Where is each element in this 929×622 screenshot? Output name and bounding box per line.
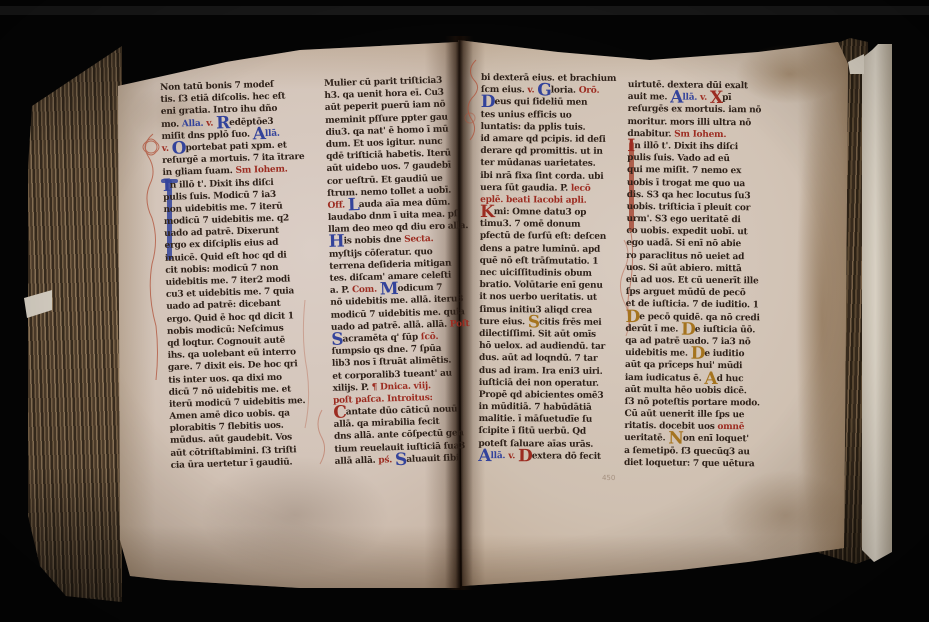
rubric-text: Poſt bbox=[450, 319, 470, 330]
manuscript-text: Alla. bbox=[182, 118, 207, 129]
manuscript-text-line: Kmi: Omne datu3 op bbox=[480, 206, 624, 219]
manuscript-text: allā allā. bbox=[335, 455, 379, 466]
manuscript-text: llā. bbox=[682, 93, 700, 103]
manuscript-text: d huc bbox=[717, 373, 744, 383]
manuscript-text: id amare qd pcipis. id deſi bbox=[480, 134, 605, 145]
manuscript-text-line: et de iuſticia. 7 de iuditio. 1 bbox=[626, 298, 768, 312]
manuscript-text: pulis ſuis. Vado ad eū bbox=[627, 153, 730, 164]
manuscript-text: dis. S3 qa hec locutus ſu3 bbox=[627, 190, 751, 201]
manuscript-text: uidebitis me. bbox=[625, 348, 691, 359]
manuscript-text-line: timu3. 7 omē donum bbox=[480, 218, 624, 231]
manuscript-text-line: iuſticiā dei non operatur. bbox=[479, 377, 623, 390]
left-fore-edge-page-stack bbox=[26, 46, 122, 606]
rubric-text: v. bbox=[700, 93, 710, 103]
manuscript-text: xilijs. P. bbox=[333, 382, 372, 393]
manuscript-text: poteſt ſaluare aīas urās. bbox=[478, 439, 593, 450]
right-page-guard bbox=[862, 44, 892, 562]
manuscript-text-line: poteſt ſaluare aīas urās. bbox=[478, 438, 622, 451]
manuscript-text-line: luntatis: da pplis tuis. bbox=[481, 121, 625, 134]
manuscript-text: ueritatē. bbox=[624, 433, 668, 443]
manuscript-text: odicum 7 bbox=[397, 283, 442, 294]
manuscript-text-line: iam iudicatus ē. Ad huc bbox=[625, 371, 767, 385]
manuscript-text: aūt multa hēo uobis dicē. bbox=[625, 385, 747, 396]
manuscript-text: et de iuſticia. 7 de iuditio. 1 bbox=[626, 299, 759, 310]
manuscript-text: uirtutē. dextera dūi exalt bbox=[628, 80, 748, 91]
manuscript-text-line: hō uelox. ad audiendū. tar bbox=[479, 340, 623, 353]
manuscript-text: e pecō quidē. qa nō credi bbox=[639, 312, 759, 323]
manuscript-text: nec uiciſſitudinis obum bbox=[480, 268, 592, 279]
manuscript-text: e iuditio bbox=[704, 349, 744, 359]
manuscript-text: mo. bbox=[161, 119, 182, 130]
manuscript-text: llā. bbox=[490, 451, 508, 461]
manuscript-text-line: dus ad iram. Ira eni3 uiri. bbox=[479, 364, 623, 377]
manuscript-text: a. P. bbox=[330, 285, 352, 296]
manuscript-text-line: quē nō eſt trāſmutatio. 1 bbox=[480, 255, 624, 268]
manuscript-text-line: diet loquetur: 7 que uētura bbox=[624, 457, 766, 471]
manuscript-text-line: bratio. Volūtarie enī genu bbox=[479, 279, 623, 292]
left-page-column-2: Mulier cū parit triſticia3h3. qa uenit h… bbox=[324, 74, 463, 467]
manuscript-text: auit me. bbox=[628, 92, 670, 102]
rubric-text: omnē bbox=[717, 422, 744, 432]
manuscript-text: is nobis dne bbox=[344, 235, 405, 247]
manuscript-text-line: eplē. beati Iacobi apli. bbox=[480, 194, 624, 207]
rubric-text: Off. bbox=[327, 200, 348, 211]
manuscript-text: eū ad uos. Et cū uenerīt ille bbox=[626, 275, 759, 286]
manuscript-text: pfectū de ſurſū eſt: deſcen bbox=[480, 231, 606, 242]
rubric-text: pś. bbox=[378, 455, 395, 465]
rubric-text: eplē. beati Iacobi apli. bbox=[480, 195, 587, 206]
manuscript-text: timu3. 7 omē donum bbox=[480, 219, 580, 230]
manuscript-text: malitie. ī māſuetudīe ſu bbox=[479, 414, 593, 425]
manuscript-text-line: qui me miſit. 7 nemo ex bbox=[627, 164, 769, 178]
manuscript-text: aluauit ſibi bbox=[406, 453, 459, 464]
manuscript-text: a ſemetipō. ſ3 quecūq3 au bbox=[624, 446, 750, 457]
manuscript-text: bratio. Volūtarie enī genu bbox=[479, 280, 602, 291]
manuscript-text: cia ūra uertetur ī gaudiū. bbox=[171, 457, 293, 470]
manuscript-text: in gliam ſuam. bbox=[162, 166, 235, 178]
manuscript-text-line: Deus qui fideliū men bbox=[481, 96, 625, 109]
illuminated-initial: D bbox=[518, 446, 532, 466]
manuscript-text-line: ſcipite ī ſitū uerbū. Qd bbox=[478, 425, 622, 438]
manuscript-text: co uobis. expedit uobī. ut bbox=[626, 226, 747, 237]
manuscript-text-line: ueritatē. Non enī loquet' bbox=[624, 432, 766, 446]
manuscript-text: ibi nrā fixa ſint corda. ubi bbox=[480, 170, 603, 181]
manuscript-text: derūt ī me. bbox=[625, 324, 681, 335]
manuscript-text: it nos uerbo ueritatis. ut bbox=[479, 292, 597, 303]
manuscript-text-line: pfectū de ſurſū eſt: deſcen bbox=[480, 230, 624, 243]
manuscript-text: uera ſūt gaudia. P. bbox=[480, 183, 571, 194]
manuscript-photograph: Non tatū bonis 7 modeſtis. ſ3 etiā diſco… bbox=[0, 0, 929, 622]
left-page-column-1: Non tatū bonis 7 modeſtis. ſ3 etiā diſco… bbox=[160, 78, 313, 472]
manuscript-text: hō uelox. ad audiendū. tar bbox=[479, 341, 605, 352]
right-page-column-1: bi dexterā eius. et brachiumſcm eius. v.… bbox=[478, 72, 625, 463]
manuscript-text: dus. aūt ad loqndū. 7 tar bbox=[479, 353, 597, 364]
manuscript-text: derare qd promittis. ut in bbox=[480, 146, 602, 157]
manuscript-text: ſcipite ī ſitū uerbū. Qd bbox=[478, 426, 586, 437]
manuscript-text: reſurgēs ex mortuis. iam nō bbox=[628, 104, 762, 115]
manuscript-text: luntatis: da pplis tuis. bbox=[481, 122, 586, 133]
manuscript-text: loria. bbox=[551, 86, 579, 96]
manuscript-text: urm'. S3 ego ueritatē di bbox=[626, 214, 740, 225]
manuscript-text: moritur. mors illi ultra nō bbox=[628, 117, 752, 128]
manuscript-text-line: tes unius efficis uo bbox=[481, 109, 625, 122]
rubric-text: Secta. bbox=[404, 234, 434, 245]
manuscript-text: antate dūo cāticū nouū bbox=[346, 404, 458, 417]
manuscript-text: diet loquetur: 7 que uētura bbox=[624, 458, 755, 469]
manuscript-text-line: nec uiciſſitudinis obum bbox=[480, 267, 624, 280]
manuscript-text: dens a patre luminū. apd bbox=[480, 244, 600, 255]
manuscript-text: qa ad patrē uado. 7 ia3 nō bbox=[625, 336, 750, 347]
manuscript-text: llā. bbox=[265, 128, 280, 138]
pencil-folio-number: 450 bbox=[602, 474, 615, 482]
rubric-text: v. bbox=[508, 451, 518, 461]
rubric-text: ¶ Dnica. viij. bbox=[372, 381, 431, 393]
manuscript-text-line: dens a patre luminū. apd bbox=[480, 243, 624, 256]
manuscript-text: quē nō eſt trāſmutatio. 1 bbox=[480, 256, 599, 267]
manuscript-text-line: derare qd promittis. ut in bbox=[480, 145, 624, 158]
manuscript-text: n illō t'. Dixit ihs diſci bbox=[634, 141, 738, 152]
manuscript-text: aūt qa prīceps hui' mūdi bbox=[625, 360, 742, 371]
rubric-text: Sm Iohem. bbox=[235, 165, 287, 176]
manuscript-text-line: De pecō quidē. qa nō credi bbox=[625, 311, 767, 325]
illuminated-initial: A bbox=[478, 446, 490, 466]
manuscript-text: tes unius efficis uo bbox=[481, 110, 572, 121]
manuscript-text-line: ego uadā. Si enī nō abie bbox=[626, 237, 768, 251]
manuscript-text: uobis ī trogat me quo ua bbox=[627, 177, 745, 188]
manuscript-text: iam iudicatus ē. bbox=[625, 372, 705, 383]
manuscript-text-line: reſurgēs ex mortuis. iam nō bbox=[628, 103, 770, 117]
manuscript-text: uos. Si aūt abiero. mittā bbox=[626, 263, 742, 274]
manuscript-text: extera dō fecit bbox=[532, 451, 601, 461]
rubric-text: Sm Iohem. bbox=[674, 129, 726, 140]
manuscript-text-line: bi dexterā eius. et brachium bbox=[481, 72, 625, 85]
manuscript-text: qui me miſit. 7 nemo ex bbox=[627, 165, 741, 176]
manuscript-text-line: aūt qa prīceps hui' mūdi bbox=[625, 359, 767, 373]
rubric-text: v. bbox=[527, 86, 537, 96]
rubric-text: v. bbox=[206, 118, 216, 128]
manuscript-text-line: dilectiſſimi. Sit aūt omīs bbox=[479, 328, 623, 341]
slide-frame-edge bbox=[0, 6, 929, 15]
manuscript-text: dus ad iram. Ira eni3 uiri. bbox=[479, 365, 603, 376]
right-page-column-2: uirtutē. dextera dūi exaltauit me. Allā.… bbox=[624, 79, 770, 470]
manuscript-text: pī bbox=[722, 93, 731, 103]
manuscript-text-line: moritur. mors illi ultra nō bbox=[627, 116, 769, 130]
manuscript-text-line: uera ſūt gaudia. P. lecō bbox=[480, 182, 624, 195]
manuscript-text-line: in mūditiā. 7 habūdātiā bbox=[479, 401, 623, 414]
manuscript-text: Propē qd abicientes omē3 bbox=[479, 390, 604, 401]
manuscript-text: mi: Omne datu3 op bbox=[494, 207, 587, 218]
rubric-text: lecō bbox=[571, 183, 591, 193]
manuscript-text-line: ture eius. Scitis frēs mei bbox=[479, 316, 623, 329]
manuscript-text-line: Propē qd abicientes omē3 bbox=[479, 389, 623, 402]
manuscript-text: citis frēs mei bbox=[539, 317, 601, 327]
manuscript-text: uobis. triſticia ī pleuit cor bbox=[627, 202, 751, 213]
manuscript-text: iuſticiā dei non operatur. bbox=[479, 378, 599, 389]
manuscript-text-line: ſimus initiu3 aliqd crea bbox=[479, 304, 623, 317]
manuscript-text-line: it nos uerbo ueritatis. ut bbox=[479, 291, 623, 304]
manuscript-text: et corporalib3 tueant' au bbox=[332, 368, 452, 381]
manuscript-text: in mūditiā. 7 habūdātiā bbox=[479, 402, 592, 413]
manuscript-text-line: malitie. ī māſuetudīe ſu bbox=[479, 413, 623, 426]
manuscript-text: acramēta q' ſūp bbox=[342, 332, 421, 344]
manuscript-text-line: id amare qd pcipis. id deſi bbox=[480, 133, 624, 146]
illuminated-initial: S bbox=[395, 450, 407, 470]
manuscript-text: eus qui fideliū men bbox=[495, 97, 588, 108]
manuscript-text: ego uadā. Si enī nō abie bbox=[626, 238, 741, 249]
manuscript-text-line: dus. aūt ad loqndū. 7 tar bbox=[479, 352, 623, 365]
manuscript-text: ro paraclitus nō ueiet ad bbox=[626, 251, 744, 262]
rubric-text: ſcō. bbox=[421, 332, 439, 342]
manuscript-text: e iuſticia ūō. bbox=[695, 324, 755, 335]
manuscript-text: Cū aūt uenerit ille ſps ue bbox=[624, 409, 744, 420]
rubric-text: v. bbox=[162, 144, 172, 154]
manuscript-text-line: ter mūdanas uarietates. bbox=[480, 157, 624, 170]
rubric-text: Orō. bbox=[579, 86, 600, 96]
manuscript-text-line: Allā. v. Dextera dō fecit bbox=[478, 450, 622, 463]
manuscript-text-line: ibi nrā fixa ſint corda. ubi bbox=[480, 169, 624, 182]
manuscript-text: dnabitur. bbox=[627, 129, 674, 139]
manuscript-text: dilectiſſimi. Sit aūt omīs bbox=[479, 329, 596, 340]
manuscript-text: on enī loquet' bbox=[683, 434, 749, 445]
manuscript-text-line: uobis ī trogat me quo ua bbox=[627, 176, 769, 190]
manuscript-text: ter mūdanas uarietates. bbox=[480, 158, 595, 169]
manuscript-text: ſ3 nō poteſtis portare modo. bbox=[625, 397, 760, 408]
manuscript-text: ture eius. bbox=[479, 317, 528, 327]
rubric-text: Com. bbox=[352, 285, 380, 296]
manuscript-text-line: ſcm eius. v. Gloria. Orō. bbox=[481, 84, 625, 97]
manuscript-text: ſps arguet mūdū de pecō bbox=[626, 287, 746, 298]
